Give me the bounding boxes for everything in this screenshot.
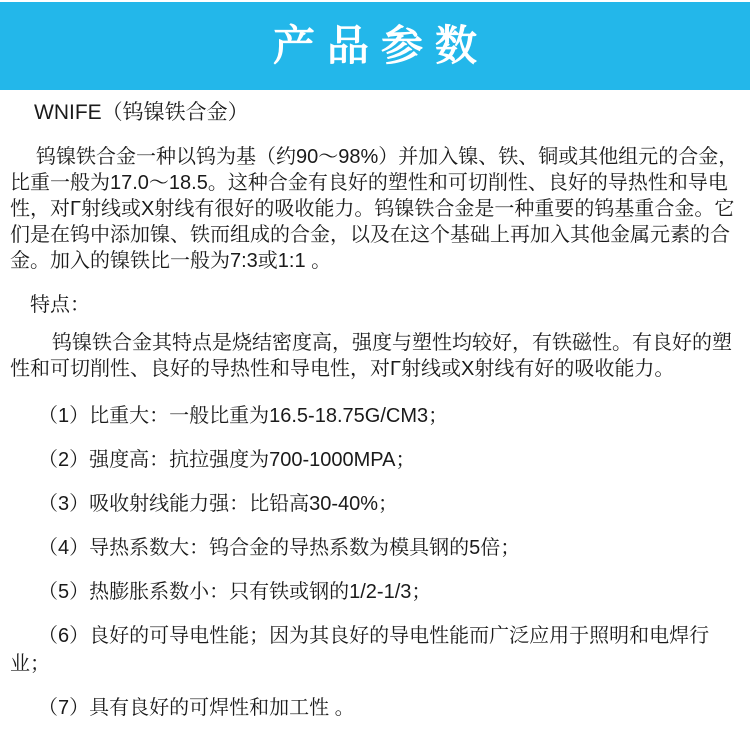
features-list: （1）比重大：一般比重为16.5-18.75G/CM3； （2）强度高：抗拉强度…: [10, 402, 740, 722]
features-label: 特点：: [10, 292, 740, 318]
page-header: 产品参数: [0, 2, 750, 90]
intro-paragraph: 钨镍铁合金一种以钨为基（约90～98%）并加入镍、铁、铜或其他组元的合金，比重一…: [10, 144, 740, 274]
page-title: 产品参数: [261, 25, 489, 67]
feature-item-3: （3）吸收射线能力强：比铅高30-40%；: [10, 490, 740, 518]
feature-item-5: （5）热膨胀系数小：只有铁或钢的1/2-1/3；: [10, 578, 740, 606]
feature-item-6: （6）良好的可导电性能；因为其良好的导电性能而广泛应用于照明和电焊行业；: [10, 622, 740, 678]
feature-item-1: （1）比重大：一般比重为16.5-18.75G/CM3；: [10, 402, 740, 430]
feature-item-7: （7）具有良好的可焊性和加工性 。: [10, 694, 740, 722]
content-area: WNIFE（钨镍铁合金） 钨镍铁合金一种以钨为基（约90～98%）并加入镍、铁、…: [0, 100, 750, 722]
product-name: WNIFE（钨镍铁合金）: [10, 100, 740, 126]
feature-item-4: （4）导热系数大：钨合金的导热系数为模具钢的5倍；: [10, 534, 740, 562]
features-intro-paragraph: 钨镍铁合金其特点是烧结密度高，强度与塑性均较好，有铁磁性。有良好的塑性和可切削性…: [10, 330, 740, 382]
feature-item-2: （2）强度高：抗拉强度为700-1000MPA；: [10, 446, 740, 474]
